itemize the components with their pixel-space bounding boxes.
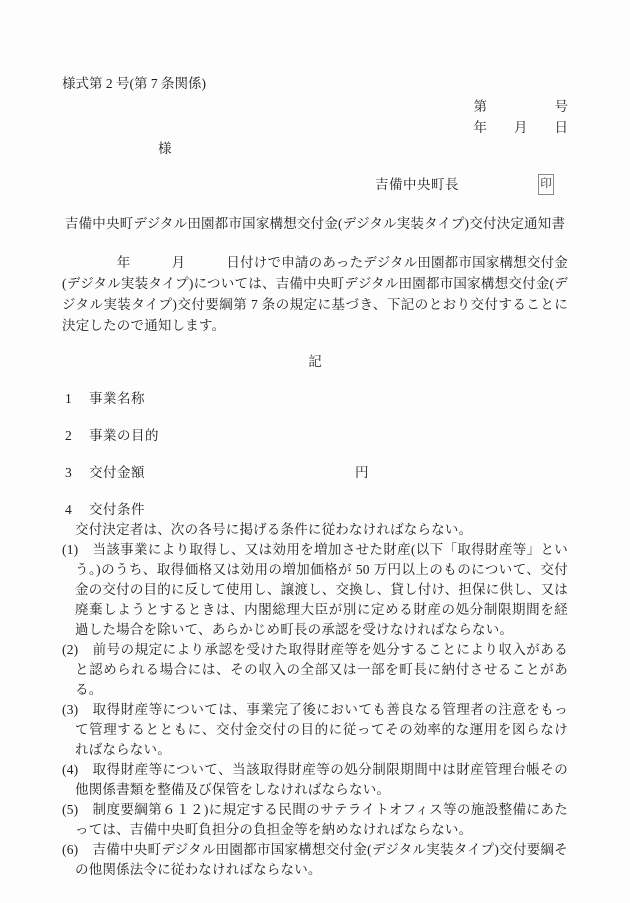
item-4-number: 4 [62,500,89,520]
condition-item-5: (5)制度要綱第６１２)に規定する民間のサテライトオフィス等の施設整備にあたって… [62,800,568,840]
item-4-label: 交付条件 [89,502,145,517]
sender-line: 吉備中央町長 印 [62,174,568,195]
condition-3-text: 取得財産等については、事業完了後においても善良なる管理者の注意をもって管理すると… [75,702,568,757]
addressee-suffix: 様 [158,138,568,159]
item-row-2: 2事業の目的 [62,426,568,446]
condition-4-number: (4) [62,762,78,777]
seal-stamp: 印 [538,174,554,195]
condition-item-1: (1)当該事業により取得し、又は効用を増加させた財産(以下「取得財産等」という。… [62,540,568,640]
document-title: 吉備中央町デジタル田園都市国家構想交付金(デジタル実装タイプ)交付決定通知書 [62,213,568,234]
condition-3-number: (3) [62,702,78,717]
record-heading: 記 [62,351,568,372]
document-date-line: 年 月 日 [62,117,568,138]
condition-6-number: (6) [62,842,78,857]
item-3-number: 3 [62,463,89,483]
condition-2-text: 前号の規定により承認を受けた取得財産等を処分することにより収入があると認められる… [75,642,568,697]
item-row-3: 3交付金額 円 [62,463,568,483]
condition-item-4: (4)取得財産等について、当該取得財産等の処分制限期間中は財産管理台帳その他関係… [62,760,568,800]
item-1-label: 事業名称 [89,391,145,406]
condition-item-6: (6)吉備中央町デジタル田園都市国家構想交付金(デジタル実装タイプ)交付要綱その… [62,840,568,880]
item-2-label: 事業の目的 [89,428,159,443]
condition-4-text: 取得財産等について、当該取得財産等の処分制限期間中は財産管理台帳その他関係書類を… [75,762,568,797]
condition-item-2: (2)前号の規定により承認を受けた取得財産等を処分することにより収入があると認め… [62,640,568,700]
item-3-unit: 円 [355,463,369,483]
item-row-1: 1事業名称 [62,389,568,409]
document-number-date-block: 第 号 年 月 日 [62,96,568,138]
document-number-line: 第 号 [62,96,568,117]
item-row-4: 4交付条件 [62,500,568,520]
condition-5-number: (5) [62,802,78,817]
item-3-label: 交付金額 [89,465,145,480]
sender-name: 吉備中央町長 [375,174,459,195]
item-2-number: 2 [62,426,89,446]
conditions-intro: 交付決定者は、次の各号に掲げる条件に従わなければならない。 [75,520,568,540]
condition-6-text: 吉備中央町デジタル田園都市国家構想交付金(デジタル実装タイプ)交付要綱その他関係… [75,842,568,877]
form-label: 様式第 2 号(第 7 条関係) [62,74,568,94]
document-page: 様式第 2 号(第 7 条関係) 第 号 年 月 日 様 吉備中央町長 印 吉備… [0,0,630,903]
condition-1-number: (1) [62,542,78,557]
item-1-number: 1 [62,389,89,409]
condition-item-3: (3)取得財産等については、事業完了後においても善良なる管理者の注意をもって管理… [62,700,568,760]
condition-1-text: 当該事業により取得し、又は効用を増加させた財産(以下「取得財産等」という。)のう… [75,542,568,637]
condition-5-text: 制度要綱第６１２)に規定する民間のサテライトオフィス等の施設整備にあたっては、吉… [75,802,568,837]
opening-paragraph: 年 月 日付けで申請のあったデジタル田園都市国家構想交付金(デジタル実装タイプ)… [62,252,568,336]
condition-2-number: (2) [62,642,78,657]
